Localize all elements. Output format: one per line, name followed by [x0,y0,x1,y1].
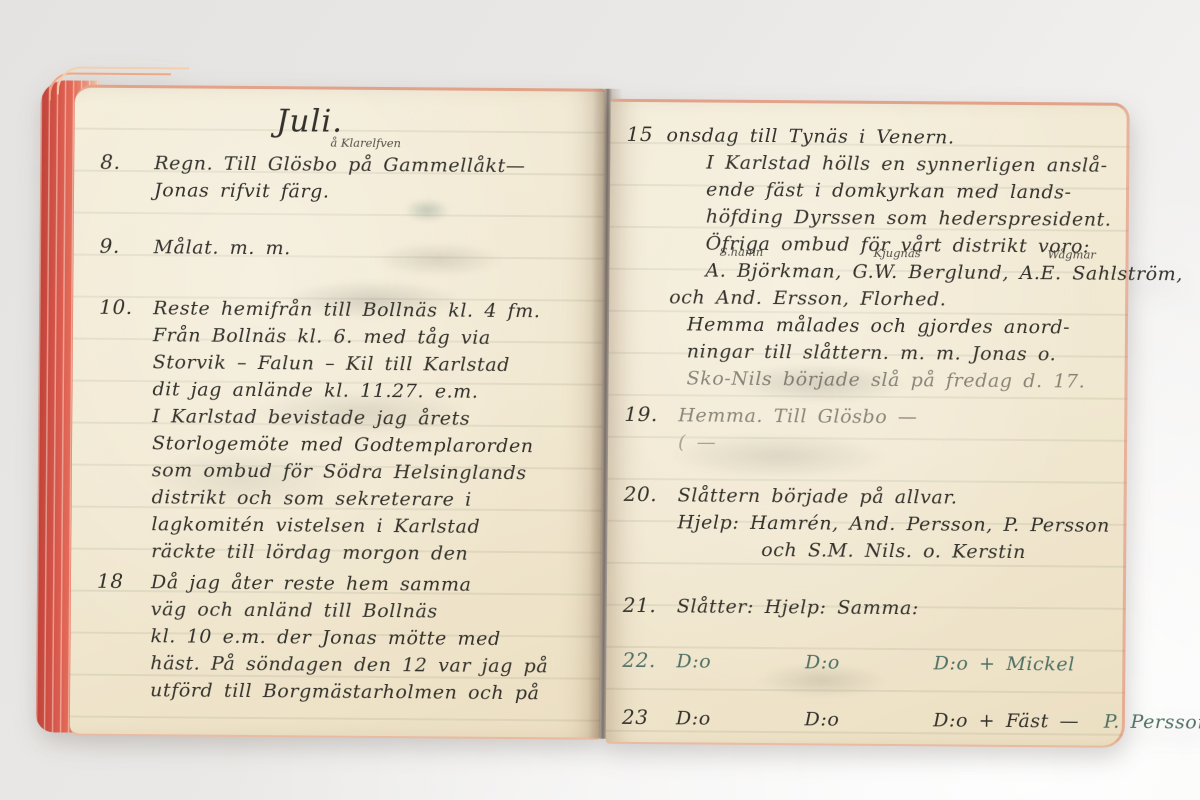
ditto-mark: D:o [676,705,794,733]
diary-entry-day-22: 22. D:o D:o D:o + Mickel [622,648,1118,679]
entry-day: 18 [97,569,151,593]
entry-line: A. Björkman, G.W. Berglund, A.E. Sahlstr… [705,258,1183,289]
diary-entry-day-20: 20. Slåttern började på allvar. Hjelp: H… [623,482,1120,567]
entry-line: Målat. m. m. [153,234,595,264]
entry-line: Från Bollnäs kl. 6. med tåg via [153,322,595,352]
entry-line: I Karlstad bevistade jag årets [152,403,594,433]
entry-line: Då jag åter reste hem samma [151,569,593,599]
entry-line: I Karlstad hölls en synnerligen anslå- [706,150,1184,181]
diary-entry-day-21: 21. Slåtter: Hjelp: Samma: [623,593,1119,624]
entry-day: 8. [100,150,154,174]
interline-annotation: Wågmar [1048,249,1096,260]
signature: P. Persson [1104,711,1200,734]
interline-annotation: Kjugnäs [874,248,921,259]
entry-line: räckte till lördag morgon den [151,538,593,568]
diary-entry-day-9: 9. Målat. m. m. [99,234,595,265]
diary-entry-day-18: 18 Då jag åter reste hem samma väg och a… [96,569,593,708]
entry-line: Hjelp: Hamrén, And. Persson, P. Persson [677,509,1119,539]
entry-day: 23 [622,705,676,729]
diary-notebook: Juli. 8. Regn. Till Glösbo på Gammellåkt… [36,58,1127,747]
entry-line: Hemma målades och gjordes anord- [687,311,1183,342]
ditto-mark: D:o + Fäst — [933,707,1079,735]
entry-line: lagkomitén vistelsen i Karlstad [151,511,593,541]
entry-line: häst. På söndagen den 12 var jag på [150,650,592,680]
entry-line: Öfriga ombud för vårt distrikt voro: [706,231,1184,262]
entry-line: och And. Ersson, Florhed. [669,284,1183,315]
ditto-mark: D:o [805,649,923,677]
ditto-mark: D:o [676,648,794,676]
ditto-row: D:o D:o D:o + Fäst — P. Persson [676,705,1200,736]
diary-entry-day-23: 23 D:o D:o D:o + Fäst — P. Persson [622,705,1118,736]
entry-line: Slåtter: Hjelp: Samma: [677,593,1119,623]
left-page-entries: 8. Regn. Till Glösbo på Gammellåkt— Jona… [96,150,596,708]
entry-day: 15 [626,122,666,146]
entry-line: kl. 10 e.m. der Jonas mötte med [150,623,592,653]
interline-annotation: S.hamn [720,247,764,258]
entry-line-text: A. Björkman, G.W. Berglund, A.E. Sahlstr… [705,260,1183,286]
entry-line-faded: ( — [678,429,1120,459]
right-page: 15 onsdag till Tynäs i Venern. I Karlsta… [606,99,1130,748]
entry-line: Jonas rifvit färg. [154,177,596,207]
entry-line: utförd till Borgmästarholmen och på [150,677,592,707]
entry-day: 21. [623,593,677,617]
entry-line: Sko-Nils började slå på fredag d. 17. [686,365,1182,396]
entry-day: 19. [624,402,678,426]
entry-line: Storvik – Falun – Kil till Karlstad [153,349,595,379]
entry-day: 20. [624,482,678,506]
ditto-row: D:o D:o D:o + Mickel [676,648,1118,678]
entry-line: Slåttern började på allvar. [678,482,1120,512]
entry-line: ningar till slåttern. m. m. Jonas o. [687,338,1183,369]
interline-insertion: å Klarelfven [330,138,401,150]
entry-line: Storlogemöte med Godtemplarorden [152,430,594,460]
ditto-mark: D:o + Mickel [934,650,1075,678]
month-heading: Juli. [74,102,544,142]
entry-line: dit jag anlände kl. 11.27. e.m. [152,376,594,406]
entry-line: onsdag till Tynäs i Venern. [666,122,1184,153]
entry-day: 10. [99,295,153,319]
diary-entry-day-19: 19. Hemma. Till Glösbo — ( — [624,402,1120,460]
entry-line: distrikt och som sekreterare i [152,484,594,514]
entry-line: och S.M. Nils. o. Kerstin [761,537,1119,567]
left-page: Juli. 8. Regn. Till Glösbo på Gammellåkt… [70,85,605,740]
entry-line: väg och anländ till Bollnäs [151,596,593,626]
diary-entry-day-8: 8. Regn. Till Glösbo på Gammellåkt— Jona… [100,150,596,208]
entry-line: som ombud för Södra Helsinglands [152,457,594,487]
entry-day: 9. [100,234,154,258]
entry-continuation: I Karlstad hölls en synnerligen anslå- e… [704,150,1183,397]
entry-line: ende fäst i domkyrkan med lands- [706,177,1184,208]
right-page-entries: 15 onsdag till Tynäs i Venern. I Karlsta… [622,122,1123,736]
entry-day: 22. [622,648,676,672]
entry-line: Hemma. Till Glösbo — [678,402,1120,432]
entry-line: Regn. Till Glösbo på Gammellåkt— [154,150,596,180]
diary-entry-day-15: 15 onsdag till Tynäs i Venern. I Karlsta… [624,122,1122,396]
entry-line: höfding Dyrssen som hederspresident. [706,204,1184,235]
entry-line: Reste hemifrån till Bollnäs kl. 4 fm. [153,295,595,325]
diary-entry-day-10: 10. Reste hemifrån till Bollnäs kl. 4 fm… [97,295,595,569]
ditto-mark: D:o [804,706,922,734]
